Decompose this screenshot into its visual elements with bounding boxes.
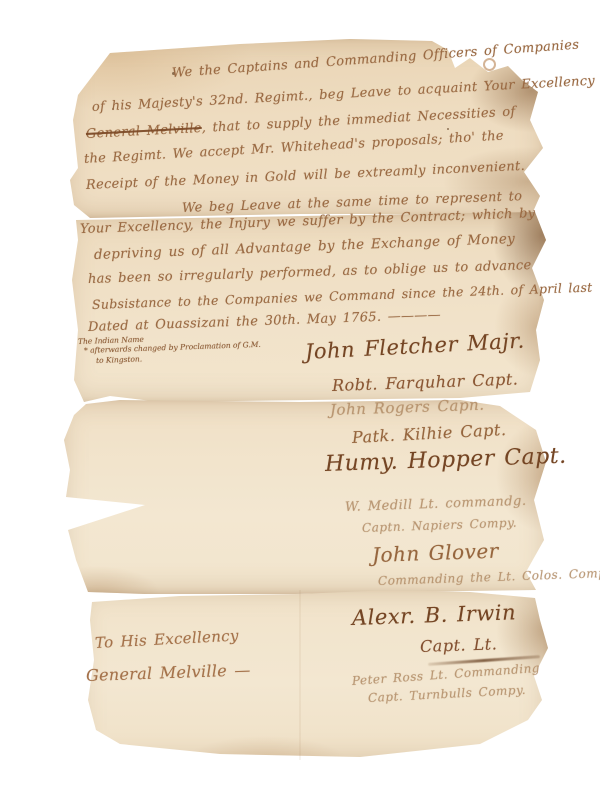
ink-ring-stain xyxy=(483,58,496,71)
ink-speck xyxy=(447,128,449,130)
signature-subline: Capt. Lt. xyxy=(420,634,498,656)
vertical-fold-crease xyxy=(299,590,301,760)
marginal-note-line: to Kingston. xyxy=(96,354,142,365)
photo-background: We the Captains and Commanding Officers … xyxy=(0,0,600,800)
signature: John Glover xyxy=(372,539,500,567)
manuscript-document: We the Captains and Commanding Officers … xyxy=(0,0,600,800)
